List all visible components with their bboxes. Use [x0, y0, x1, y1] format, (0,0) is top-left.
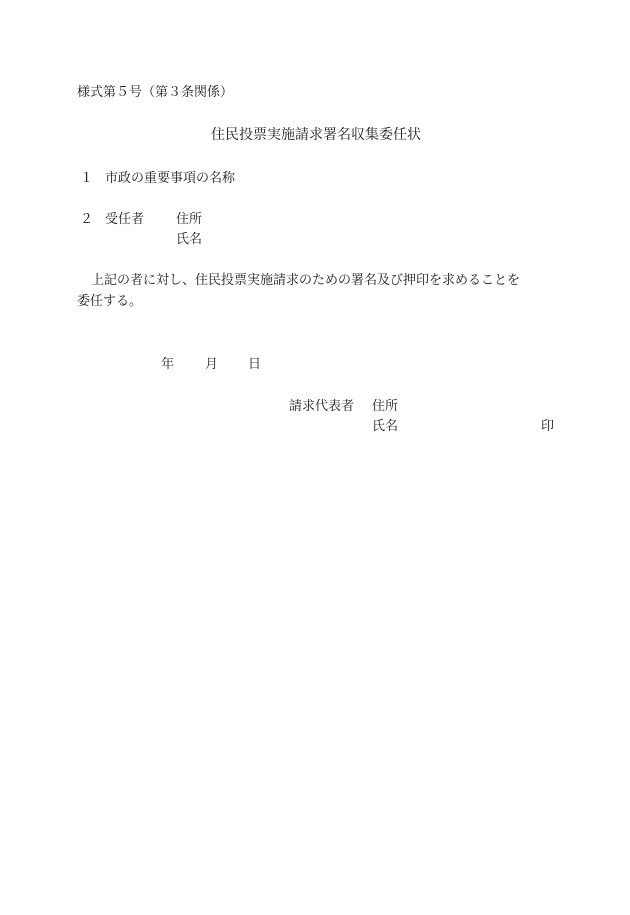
representative-address-label: 住所 — [372, 399, 398, 415]
date-day: 日 — [248, 357, 261, 373]
item-2-number: ２ — [80, 212, 93, 228]
representative-name-label: 氏名 — [372, 419, 398, 435]
date-year: 年 — [161, 357, 174, 373]
date-month: 月 — [205, 357, 218, 373]
seal-mark: 印 — [541, 419, 554, 435]
item-1-number: １ — [80, 171, 93, 187]
form-number: 様式第５号（第３条関係） — [77, 85, 233, 101]
item-1-label: 市政の重要事項の名称 — [105, 171, 235, 187]
delegate-address-label: 住所 — [176, 212, 202, 228]
delegate-name-label: 氏名 — [176, 232, 202, 248]
document-title: 住民投票実施請求署名収集委任状 — [211, 127, 421, 143]
item-2-label: 受任者 — [105, 212, 144, 228]
body-text-line2: 委任する。 — [77, 294, 142, 310]
body-text-line1: 上記の者に対し、住民投票実施請求のための署名及び押印を求めることを — [91, 273, 520, 289]
representative-label: 請求代表者 — [289, 399, 354, 415]
